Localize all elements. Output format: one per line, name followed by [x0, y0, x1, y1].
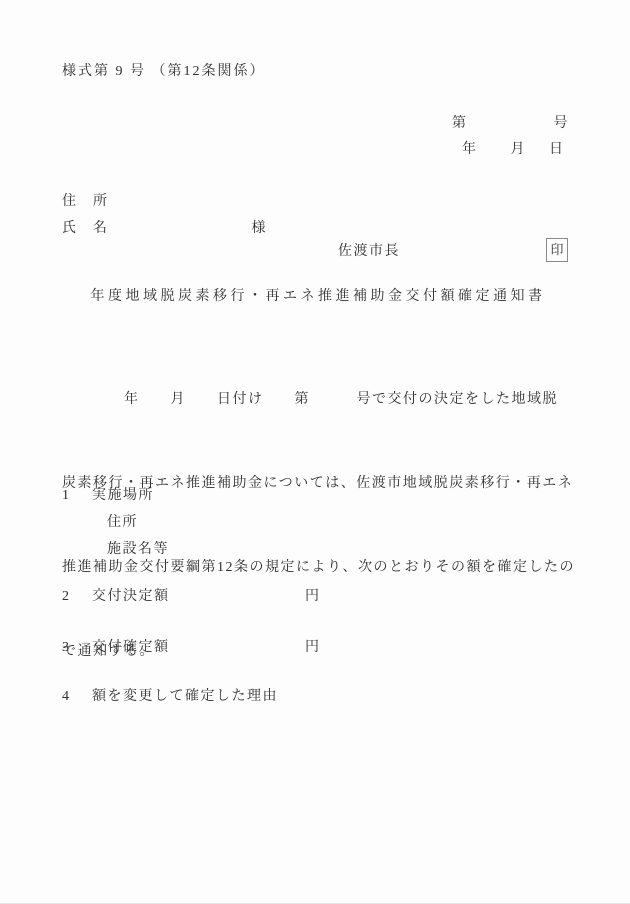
item-label: 額を変更して確定した理由 — [92, 685, 278, 705]
document-title: 年度地域脱炭素移行・再エネ推進補助金交付額確定通知書 — [0, 285, 630, 305]
item-number: 2 — [62, 589, 92, 605]
body-line: 年 月 日付け 第 号で交付の決定をした地域脱 — [62, 386, 578, 414]
item-unit-yen: 円 — [305, 636, 321, 656]
item-unit-yen: 円 — [305, 585, 321, 605]
item-label: 実施場所 — [92, 484, 154, 504]
doc-number-suffix: 号 — [554, 112, 570, 132]
item-label: 交付決定額 — [92, 585, 305, 605]
date-line: 年 月 日 — [462, 138, 565, 158]
date-year-label: 年 — [462, 138, 478, 158]
item-grant-fixed-amount: 3 交付確定額 円 — [62, 636, 321, 656]
item-sub-address: 住所 — [107, 511, 138, 531]
document-page: 様式第 9 号 （第12条関係） 第 号 年 月 日 住 所 氏 名 様 佐渡市… — [0, 0, 630, 904]
seal-mark: 印 — [546, 238, 568, 262]
item-number: 3 — [62, 640, 92, 656]
item-implementation-site: 1 実施場所 — [62, 484, 154, 504]
item-label: 交付確定額 — [92, 636, 305, 656]
item-number: 1 — [62, 488, 92, 504]
date-month-label: 月 — [511, 138, 527, 158]
body-paragraph: 年 月 日付け 第 号で交付の決定をした地域脱 炭素移行・再エネ推進補助金につい… — [62, 330, 578, 722]
item-reason-for-change: 4 額を変更して確定した理由 — [62, 685, 278, 705]
body-line: 推進補助金交付要綱第12条の規定により、次のとおりその額を確定したの — [62, 554, 578, 582]
doc-number-prefix: 第 — [452, 112, 468, 132]
item-grant-decision-amount: 2 交付決定額 円 — [62, 585, 321, 605]
issuer-name: 佐渡市長 — [338, 240, 400, 260]
item-number: 4 — [62, 689, 92, 705]
recipient-address-label: 住 所 — [62, 190, 109, 210]
item-sub-facility-name: 施設名等 — [107, 538, 169, 558]
document-number-line: 第 号 — [452, 112, 569, 132]
recipient-name-line: 氏 名 様 — [62, 217, 267, 237]
recipient-name-label: 氏 名 — [62, 217, 109, 237]
recipient-honorific: 様 — [252, 217, 268, 237]
form-number: 様式第 9 号 （第12条関係） — [62, 60, 266, 80]
date-day-label: 日 — [549, 138, 565, 158]
